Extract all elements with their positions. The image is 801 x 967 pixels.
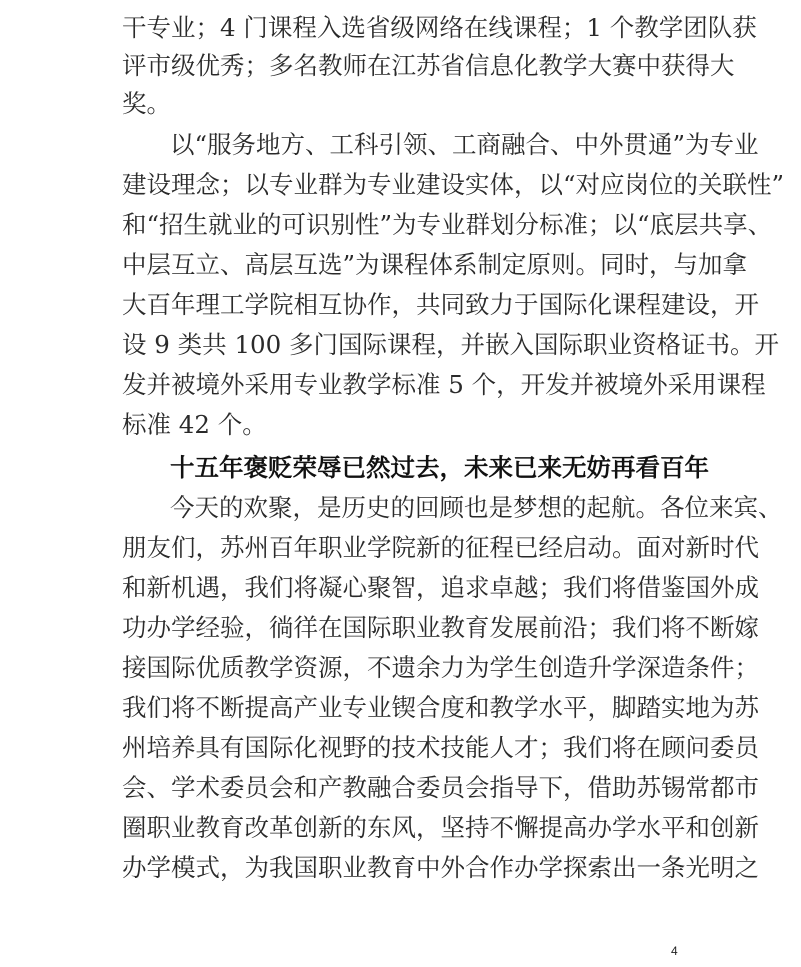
document-page: 干专业；4 门课程入选省级网络在线课程；1 个教学团队获 评市级优秀；多名教师在… [0,0,801,967]
closing-paragraph-line-9: 圈职业教育改革创新的东风，坚持不懈提高办学水平和创新 [122,808,680,848]
paragraph-2-line-6: 设 9 类共 100 多门国际课程，并嵌入国际职业资格证书。开 [122,325,680,365]
paragraph-1-line-2: 评市级优秀；多名教师在江苏省信息化教学大赛中获得大 [122,46,680,86]
paragraph-2-line-2: 建设理念；以专业群为专业建设实体，以“对应岗位的关联性” [122,165,680,205]
paragraph-2-line-8: 标准 42 个。 [122,405,680,445]
paragraph-2-line-5: 大百年理工学院相互协作，共同致力于国际化课程建设，开 [122,285,680,325]
closing-paragraph-line-8: 会、学术委员会和产教融合委员会指导下，借助苏锡常都市 [122,768,680,808]
closing-paragraph-line-2: 朋友们，苏州百年职业学院新的征程已经启动。面对新时代 [122,528,680,568]
paragraph-2-line-1: 以“服务地方、工科引领、工商融合、中外贯通”为专业 [170,125,680,165]
closing-paragraph-line-3: 和新机遇，我们将凝心聚智，追求卓越；我们将借鉴国外成 [122,568,680,608]
closing-paragraph-line-10: 办学模式，为我国职业教育中外合作办学探索出一条光明之 [122,848,680,888]
closing-paragraph-line-5: 接国际优质教学资源，不遗余力为学生创造升学深造条件； [122,648,680,688]
closing-paragraph-line-7: 州培养具有国际化视野的技术技能人才；我们将在顾问委员 [122,728,680,768]
closing-paragraph-line-1: 今天的欢聚，是历史的回顾也是梦想的起航。各位来宾、 [170,488,680,528]
paragraph-2-line-3: 和“招生就业的可识别性”为专业群划分标准；以“底层共享、 [122,205,680,245]
paragraph-1-line-1: 干专业；4 门课程入选省级网络在线课程；1 个教学团队获 [122,8,680,48]
paragraph-2-line-4: 中层互立、高层互选”为课程体系制定原则。同时，与加拿 [122,245,680,285]
paragraph-2-line-7: 发并被境外采用专业教学标准 5 个，开发并被境外采用课程 [122,365,680,405]
page-number: 4 [671,944,678,958]
section-heading: 十五年褒贬荣辱已然过去，未来已来无妨再看百年 [170,448,680,488]
closing-paragraph-line-4: 功办学经验，徜徉在国际职业教育发展前沿；我们将不断嫁 [122,608,680,648]
closing-paragraph-line-6: 我们将不断提高产业专业锲合度和教学水平，脚踏实地为苏 [122,688,680,728]
paragraph-1-line-3: 奖。 [122,84,680,124]
